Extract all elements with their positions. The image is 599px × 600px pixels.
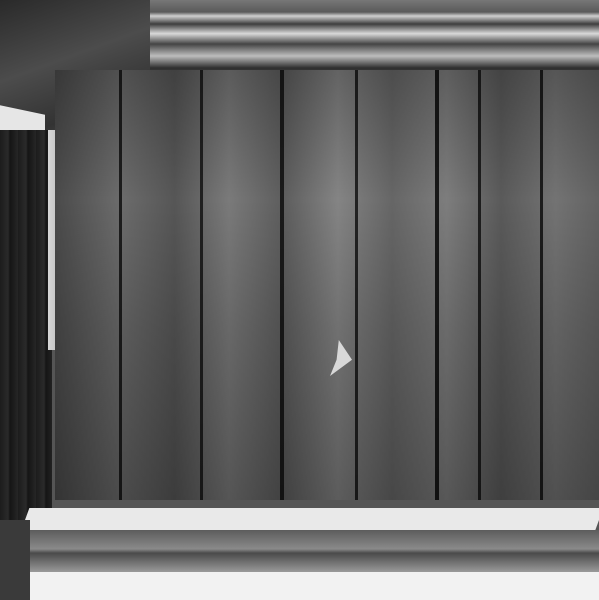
dark-door <box>0 130 52 530</box>
corner-shadow <box>0 520 30 600</box>
plank-weathering <box>55 70 599 500</box>
top-beam <box>150 0 599 80</box>
lower-sill <box>18 572 599 600</box>
upper-sill <box>21 508 599 532</box>
sill-beam <box>0 530 599 572</box>
photograph <box>0 0 599 600</box>
